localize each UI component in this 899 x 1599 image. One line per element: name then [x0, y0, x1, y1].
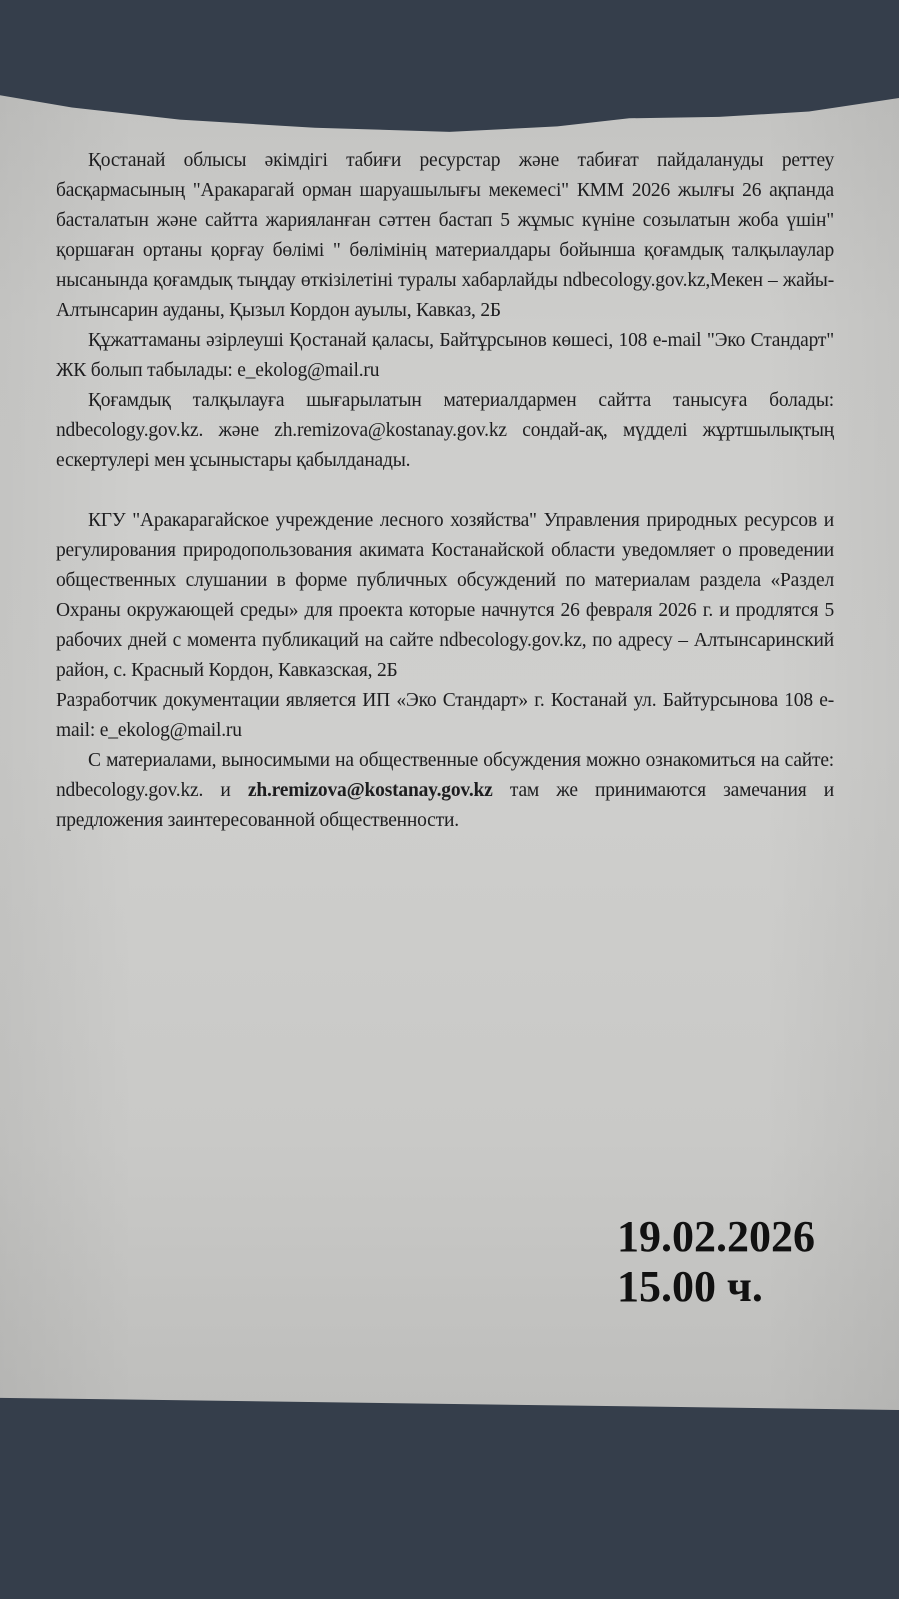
stamp-time: 15.00 ч.	[617, 1262, 815, 1312]
kazakh-notice: Қостанай облысы әкімдігі табиғи ресурста…	[56, 146, 834, 476]
kazakh-paragraph-developer: Құжаттаманы әзірлеуші Қостанай қаласы, Б…	[56, 326, 834, 386]
russian-paragraph-developer: Разработчик документации является ИП «Эк…	[56, 686, 834, 746]
russian-paragraph-announcement: КГУ "Аракарагайское учреждение лесного х…	[56, 506, 834, 686]
contact-email: zh.remizova@kostanay.gov.kz	[248, 780, 493, 801]
russian-notice: КГУ "Аракарагайское учреждение лесного х…	[56, 506, 834, 836]
date-stamp: 19.02.2026 15.00 ч.	[617, 1212, 815, 1312]
kazakh-paragraph-materials: Қоғамдық талқылауға шығарылатын материал…	[56, 386, 834, 476]
kazakh-paragraph-announcement: Қостанай облысы әкімдігі табиғи ресурста…	[56, 146, 834, 326]
russian-paragraph-materials: С материалами, выносимыми на общественны…	[56, 746, 834, 836]
stamp-date: 19.02.2026	[617, 1212, 815, 1262]
